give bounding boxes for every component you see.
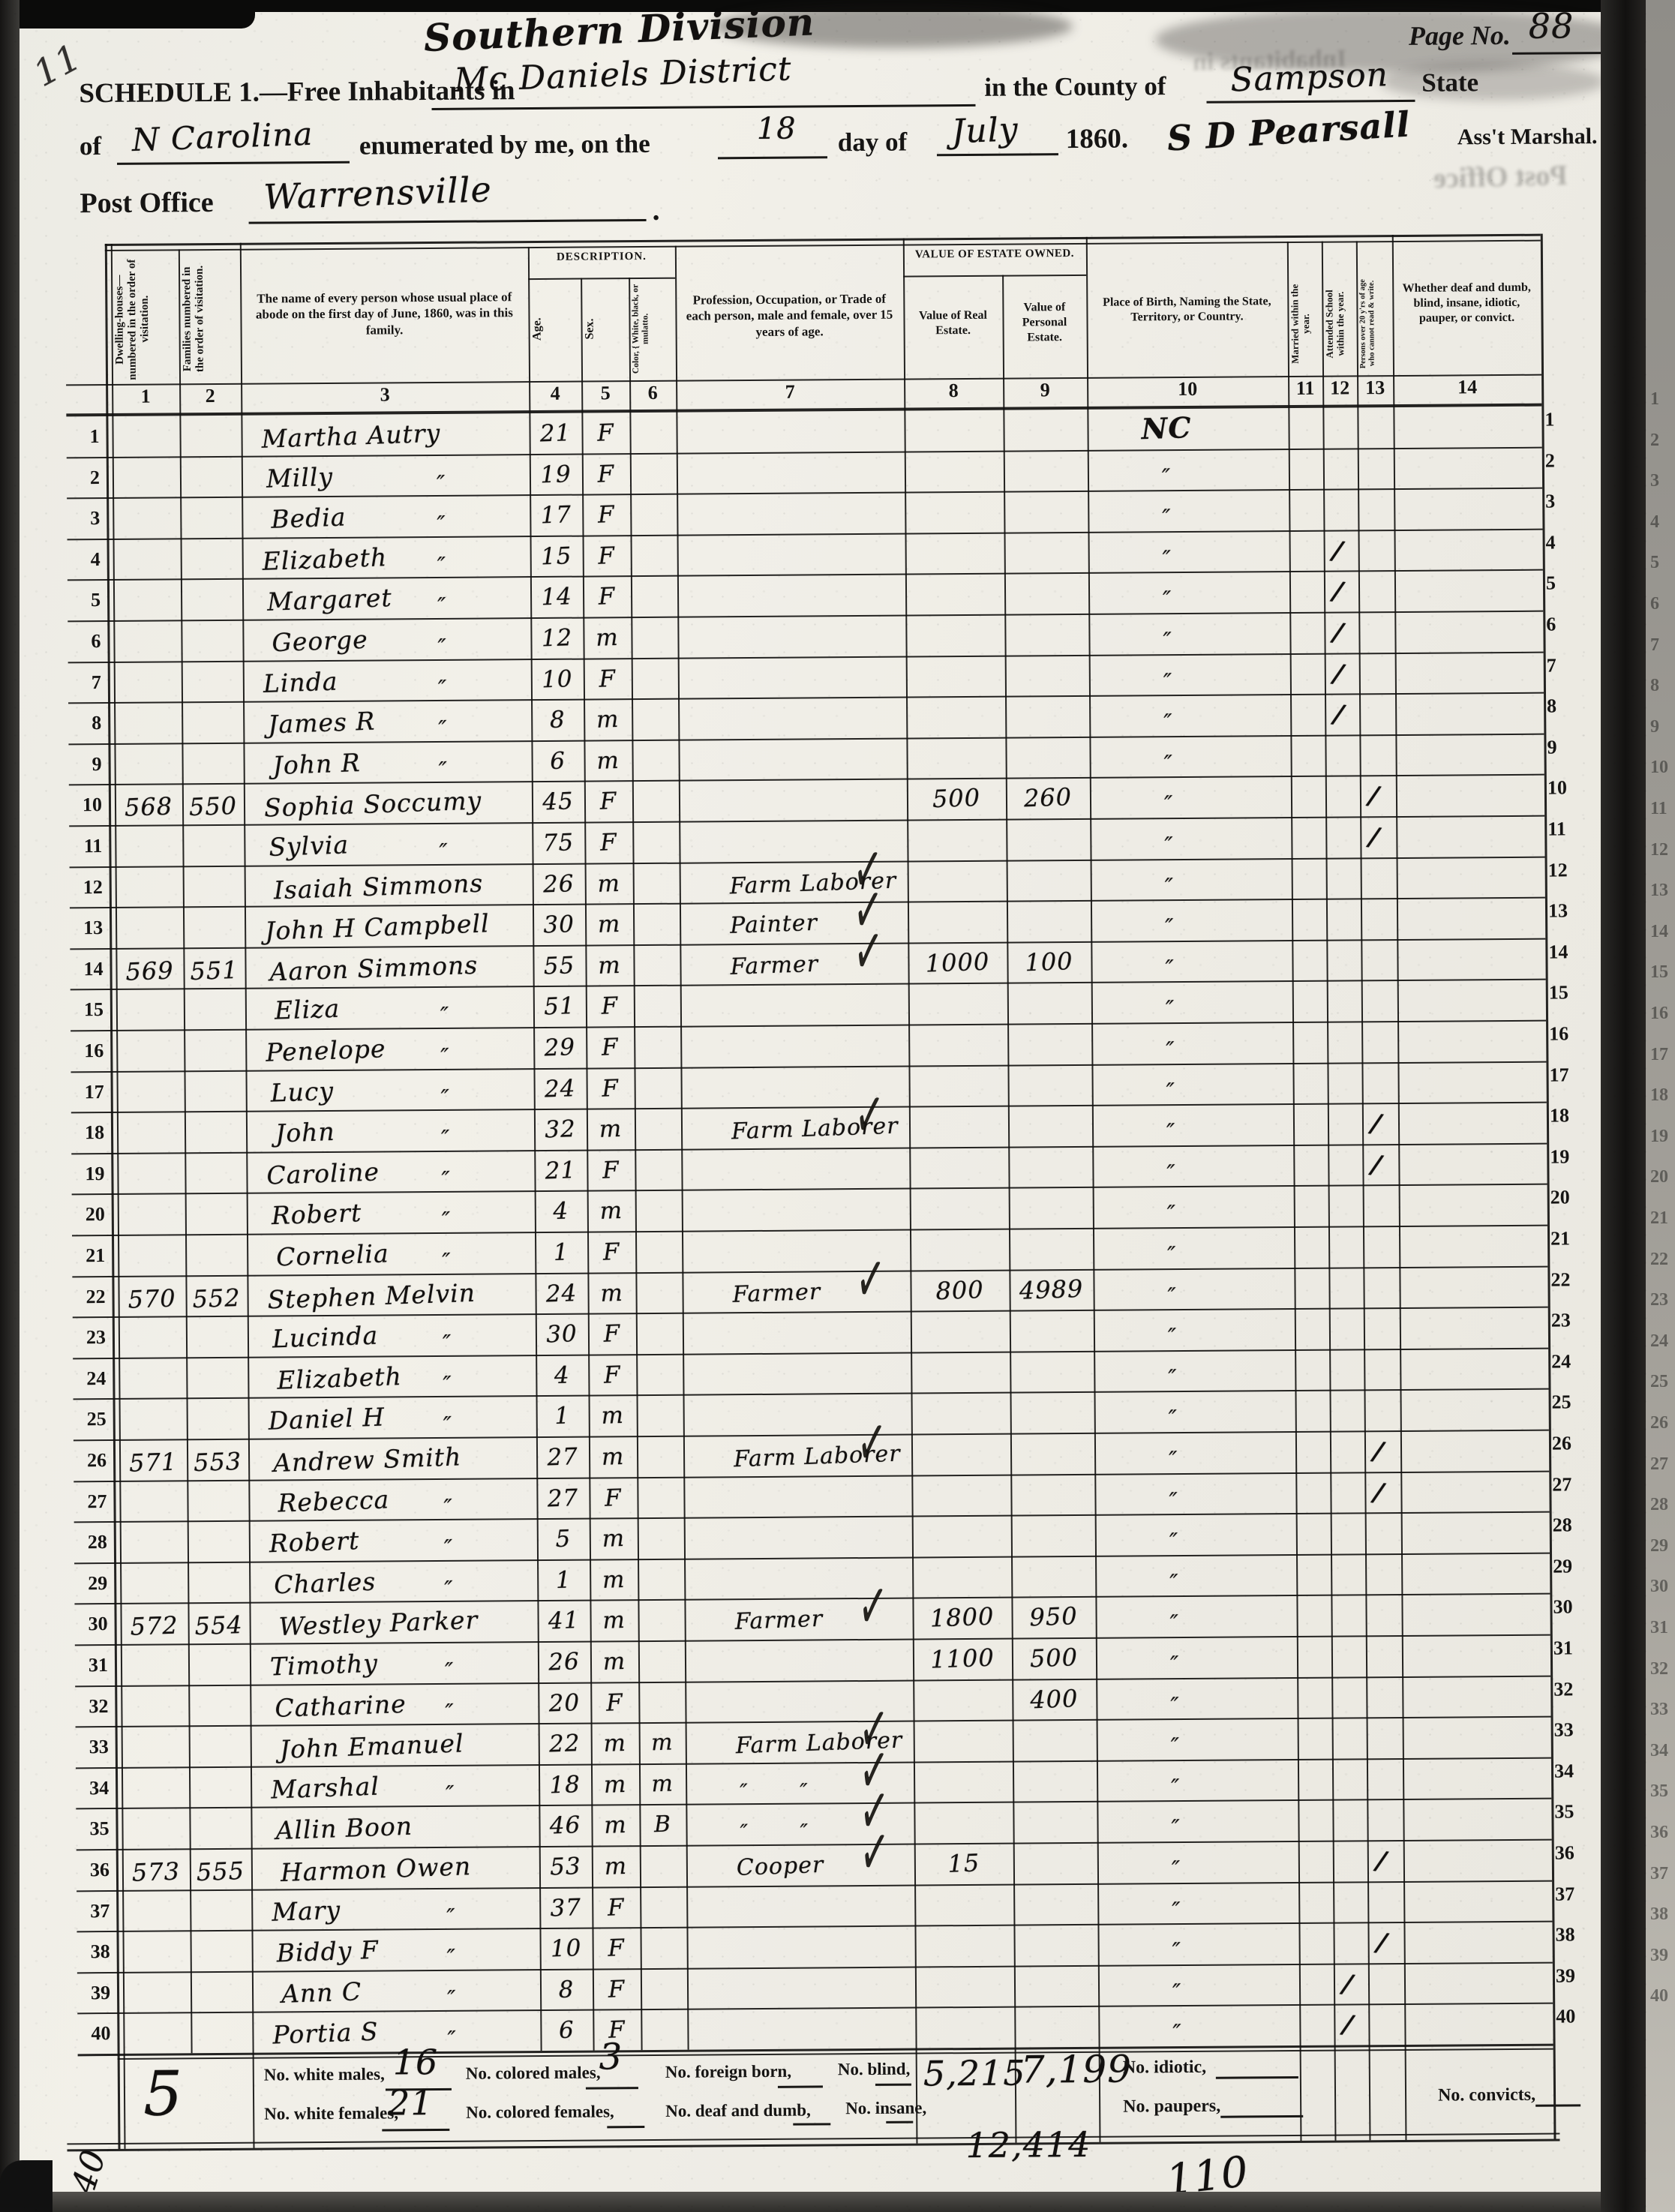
cell-sex: F xyxy=(585,992,634,1021)
group-header-estate: VALUE OF ESTATE OWNED. xyxy=(903,248,1086,262)
row-number-right: 26 xyxy=(1552,1432,1595,1454)
illiterate-tick-icon: / xyxy=(1371,1436,1385,1466)
cell-age: 1 xyxy=(535,1238,588,1267)
cell-name: Penelope xyxy=(266,1034,386,1067)
cell-sex: F xyxy=(582,583,631,611)
next-page-ghost-number: 5 xyxy=(1650,553,1659,573)
cell-name-ditto: ″ xyxy=(441,1126,450,1152)
row-number-left: 16 xyxy=(71,1040,104,1062)
cell-occupation: Farmer xyxy=(732,1278,821,1307)
column-header-9: Value of Personal Estate. xyxy=(1007,300,1082,370)
deaf-dumb-line xyxy=(793,2123,830,2125)
cell-sex: m xyxy=(590,1565,638,1594)
deaf-dumb-label: No. deaf and dumb, xyxy=(665,2101,811,2121)
birthplace-ditto-mark: ″ xyxy=(1169,1447,1178,1473)
cell-name-ditto: ″ xyxy=(437,512,446,538)
cell-name: Catharine xyxy=(275,1688,407,1722)
column-number-10: 10 xyxy=(1087,377,1288,401)
illiterate-tick-icon: / xyxy=(1367,822,1382,853)
cell-sex: m xyxy=(589,1524,638,1553)
cell-dwelling: 573 xyxy=(125,1856,187,1887)
cell-name: James R xyxy=(268,707,376,740)
cell-real-estate: 500 xyxy=(906,782,1006,815)
row-number-right: 20 xyxy=(1550,1187,1594,1209)
cell-name-ditto: ″ xyxy=(446,1904,455,1930)
blind-label: No. blind, xyxy=(838,2060,911,2080)
paupers-label: No. paupers, xyxy=(1123,2096,1220,2117)
cell-sex: m xyxy=(590,1647,638,1676)
birthplace-ditto-mark: ″ xyxy=(1166,1037,1175,1064)
cell-age: 1 xyxy=(537,1565,590,1594)
cell-age: 37 xyxy=(539,1893,593,1922)
cell-sex: m xyxy=(587,1197,635,1226)
birthplace-ditto-mark: ″ xyxy=(1163,628,1172,654)
row-number-right: 17 xyxy=(1549,1064,1592,1086)
next-page-ghost-number: 33 xyxy=(1650,1700,1668,1720)
column-number-3: 3 xyxy=(241,383,529,407)
illiterate-tick-icon: / xyxy=(1367,781,1381,812)
cell-name: Charles xyxy=(274,1566,377,1599)
cell-name-ditto: ″ xyxy=(443,1331,452,1357)
cell-name-ditto: ″ xyxy=(443,1412,452,1439)
cell-name: Robert xyxy=(269,1526,360,1558)
row-number-right: 21 xyxy=(1550,1227,1594,1250)
cell-sex: F xyxy=(592,1893,641,1922)
cell-age: 27 xyxy=(536,1443,589,1472)
cell-age: 5 xyxy=(536,1525,590,1553)
row-number-right: 9 xyxy=(1547,736,1590,758)
cell-age: 18 xyxy=(539,1770,592,1799)
cell-sex: F xyxy=(590,1688,639,1717)
cell-name: Eliza xyxy=(274,994,341,1025)
cell-name: Ann C xyxy=(281,1976,362,2009)
cell-real-estate: 1000 xyxy=(908,947,1007,979)
next-page-ghost-number: 15 xyxy=(1650,962,1668,983)
cell-occupation-ditto: ″ xyxy=(740,1820,749,1844)
next-page-ghost-number: 13 xyxy=(1650,881,1668,901)
cell-name-ditto: ″ xyxy=(440,1044,449,1070)
column-header-4: Age. xyxy=(530,281,579,377)
cell-sex: F xyxy=(582,542,631,570)
birthplace-ditto-mark: ″ xyxy=(1165,914,1174,941)
grid-vline xyxy=(1086,237,1101,2142)
occupation-tick-icon: ✓ xyxy=(858,1811,890,1892)
illiterate-tick-icon: / xyxy=(1374,1845,1388,1876)
occupation-tick-icon: ✓ xyxy=(857,1565,889,1647)
census-table: DESCRIPTION.VALUE OF ESTATE OWNED.Dwelli… xyxy=(0,0,1675,2212)
cell-name: Isaiah Simmons xyxy=(273,868,484,905)
illiterate-tick-icon: / xyxy=(1375,1928,1389,1958)
birthplace-ditto-mark: ″ xyxy=(1163,669,1172,695)
insane-label: No. insane, xyxy=(845,2098,926,2118)
occupation-tick-icon: ✓ xyxy=(854,1238,887,1319)
cell-name-ditto: ″ xyxy=(445,1699,454,1725)
birthplace-ditto-mark: ″ xyxy=(1167,1283,1176,1310)
next-page-ghost-number: 29 xyxy=(1650,1536,1668,1556)
next-page-ghost-number: 17 xyxy=(1650,1045,1668,1065)
row-number-left: 17 xyxy=(71,1081,104,1103)
row-number-right: 5 xyxy=(1546,572,1589,595)
birthplace-ditto-mark: ″ xyxy=(1169,1488,1178,1514)
cell-sex: m xyxy=(590,1729,639,1757)
cell-age: 10 xyxy=(539,1934,593,1963)
cell-name: John xyxy=(275,1117,335,1148)
cell-name-ditto: ″ xyxy=(438,716,447,743)
grid-vline xyxy=(1392,235,1407,2140)
row-number-right: 29 xyxy=(1553,1555,1596,1577)
scan-bottom-band xyxy=(0,2192,1675,2212)
cell-sex: m xyxy=(583,623,632,652)
row-number-left: 39 xyxy=(77,1982,110,2004)
cell-sex: F xyxy=(592,1975,641,2003)
cell-name: Portia S xyxy=(272,2017,379,2050)
next-page-ghost-number: 6 xyxy=(1650,594,1659,614)
cell-age: 55 xyxy=(533,951,586,980)
next-page-ghost-number: 27 xyxy=(1650,1454,1668,1475)
row-number-right: 31 xyxy=(1553,1637,1597,1659)
cell-name: John H Campbell xyxy=(265,908,491,945)
scan-top-left-blob xyxy=(0,0,255,29)
next-page-ghost-number: 35 xyxy=(1650,1781,1668,1802)
next-page-ghost-number: 25 xyxy=(1650,1372,1668,1392)
cell-name: John R xyxy=(272,748,361,780)
next-page-ghost-number: 34 xyxy=(1650,1741,1668,1761)
column-header-12: Attended School within the year. xyxy=(1324,275,1355,371)
row-number-left: 25 xyxy=(74,1408,107,1430)
next-page-ghost-number: 1 xyxy=(1650,389,1659,410)
illiterate-tick-icon: / xyxy=(1370,1149,1384,1180)
birthplace-ditto-mark: ″ xyxy=(1171,1775,1180,1801)
birthplace-ditto-mark: ″ xyxy=(1165,874,1174,900)
cell-name: Martha Autry xyxy=(261,419,441,454)
birthplace-ditto-mark: ″ xyxy=(1172,1898,1181,1924)
row-number-right: 15 xyxy=(1549,982,1592,1004)
cell-age: 27 xyxy=(536,1484,590,1512)
cell-dwelling: 570 xyxy=(121,1283,183,1314)
birthplace-ditto-mark: ″ xyxy=(1167,1242,1176,1268)
column-header-10: Place of Birth, Naming the State, Territ… xyxy=(1091,294,1283,363)
cell-sex: m xyxy=(587,1279,636,1307)
column-number-5: 5 xyxy=(581,382,629,404)
row-number-right: 11 xyxy=(1547,818,1591,840)
cell-name-ditto: ″ xyxy=(437,470,446,497)
cell-name: Elizabeth xyxy=(262,542,388,576)
cell-age: 17 xyxy=(530,501,583,530)
cell-age: 24 xyxy=(533,1074,587,1103)
cell-age: 32 xyxy=(533,1115,587,1144)
birthplace-ditto-mark: ″ xyxy=(1171,1733,1180,1760)
cell-age: 15 xyxy=(530,542,583,570)
row-number-right: 18 xyxy=(1550,1104,1593,1127)
row-number-left: 29 xyxy=(74,1572,107,1595)
cell-age: 10 xyxy=(530,665,584,693)
cell-name: Westley Parker xyxy=(278,1605,479,1641)
cell-age: 26 xyxy=(537,1648,590,1676)
colored-males-label: No. colored males, xyxy=(466,2063,601,2083)
next-page-ghost-number: 19 xyxy=(1650,1127,1668,1147)
birthplace-ditto-mark: ″ xyxy=(1168,1365,1177,1391)
cell-name: Caroline xyxy=(266,1157,380,1190)
cell-name: Cornelia xyxy=(276,1238,390,1271)
foreign-born-line xyxy=(778,2085,823,2087)
cell-age: 21 xyxy=(534,1156,587,1184)
birthplace-ditto-mark: ″ xyxy=(1170,1610,1179,1637)
cell-name: Andrew Smith xyxy=(272,1442,461,1478)
cell-age: 19 xyxy=(529,460,582,488)
next-page-ghost-number: 10 xyxy=(1650,758,1668,778)
school-tick-icon: / xyxy=(1340,1969,1355,2000)
cell-name-ditto: ″ xyxy=(443,1372,452,1398)
row-number-left: 3 xyxy=(67,507,100,530)
cell-sex: m xyxy=(591,1770,640,1799)
next-page-ghost-number: 22 xyxy=(1650,1250,1668,1270)
real-estate-total: 5,215 xyxy=(923,2053,1026,2094)
cell-real-estate: 15 xyxy=(914,1847,1013,1880)
cell-name-ditto: ″ xyxy=(446,1781,455,1808)
next-page-ghost-number: 2 xyxy=(1650,431,1659,451)
birthplace-ditto-mark: ″ xyxy=(1168,1324,1177,1350)
cell-name: Timothy xyxy=(269,1649,378,1682)
cell-sex: m xyxy=(591,1852,640,1880)
row-number-left: 4 xyxy=(68,548,101,571)
cell-color: m xyxy=(638,1729,686,1757)
row-number-left: 26 xyxy=(74,1449,107,1472)
birthplace-ditto-mark: ″ xyxy=(1170,1693,1179,1719)
cell-age: 6 xyxy=(540,2016,593,2045)
cell-age: 30 xyxy=(535,1320,588,1349)
cell-sex: F xyxy=(589,1484,638,1512)
cell-age: 29 xyxy=(533,1034,587,1062)
cell-name-ditto: ″ xyxy=(442,1249,451,1275)
cell-sex: m xyxy=(591,1811,640,1840)
personal-estate-total: 7,199 xyxy=(1021,2048,1133,2092)
footer-tally-mark: 5 xyxy=(143,2058,184,2129)
cell-personal-estate: 500 xyxy=(1011,1642,1096,1673)
cell-sex: m xyxy=(584,705,632,734)
row-number-right: 3 xyxy=(1545,490,1589,512)
row-number-right: 33 xyxy=(1554,1718,1598,1741)
row-number-left: 37 xyxy=(77,1900,110,1922)
row-number-right: 8 xyxy=(1547,695,1590,717)
row-number-left: 9 xyxy=(69,753,102,776)
next-page-ghost-number: 14 xyxy=(1650,922,1668,942)
cell-sex: m xyxy=(585,910,634,938)
birthplace-ditto-mark: ″ xyxy=(1164,791,1173,818)
column-header-7: Profession, Occupation, or Trade of each… xyxy=(680,291,899,371)
row-number-right: 28 xyxy=(1553,1514,1596,1536)
white-males-value: 16 xyxy=(393,2042,439,2082)
birthplace-ditto-mark: ″ xyxy=(1172,1938,1181,1964)
row-number-right: 7 xyxy=(1547,654,1590,677)
binding-shadow-strip xyxy=(1601,0,1646,2212)
cell-color: m xyxy=(639,1770,686,1798)
row-number-right: 38 xyxy=(1555,1923,1598,1946)
next-page-ghost-number: 7 xyxy=(1650,635,1659,656)
cell-age: 1 xyxy=(536,1402,589,1430)
row-number-left: 19 xyxy=(71,1163,104,1185)
column-number-8: 8 xyxy=(904,380,1003,403)
column-header-13: Persons over 20 y'rs of age who cannot r… xyxy=(1358,275,1391,371)
birthplace-ditto-mark: ″ xyxy=(1164,751,1173,777)
grid-vline xyxy=(1322,242,1337,2141)
next-page-ghost-number: 20 xyxy=(1650,1167,1668,1187)
school-tick-icon: / xyxy=(1341,2009,1355,2040)
cell-personal-estate: 4989 xyxy=(1009,1274,1094,1305)
row-number-left: 11 xyxy=(69,835,102,857)
column-number-12: 12 xyxy=(1322,377,1357,399)
cell-name-ditto: ″ xyxy=(439,839,448,866)
birthplace-ditto-mark: ″ xyxy=(1165,956,1174,982)
cell-personal-estate: 100 xyxy=(1007,946,1091,977)
cell-name: Milly xyxy=(266,461,333,493)
next-page-ghost-number: 39 xyxy=(1650,1946,1668,1966)
school-tick-icon: / xyxy=(1331,658,1346,689)
cell-name-ditto: ″ xyxy=(447,2027,456,2053)
row-number-right: 4 xyxy=(1545,531,1589,554)
cell-sex: F xyxy=(586,1033,635,1061)
next-page-ghost-number: 18 xyxy=(1650,1085,1668,1106)
column-header-3: The name of every person whose usual pla… xyxy=(245,289,524,374)
column-number-14: 14 xyxy=(1393,376,1541,399)
row-number-left: 21 xyxy=(72,1244,105,1267)
white-males-label: No. white males, xyxy=(264,2064,385,2084)
birthplace-ditto-mark: ″ xyxy=(1172,2020,1181,2046)
birthplace-ditto-mark: ″ xyxy=(1162,464,1171,491)
cell-occupation-ditto: ″ xyxy=(740,1779,749,1804)
cell-age: 12 xyxy=(530,624,584,653)
row-number-right: 19 xyxy=(1550,1145,1593,1168)
column-header-2: Families numbered in the order of visita… xyxy=(181,258,239,380)
column-number-2: 2 xyxy=(179,385,241,408)
birthplace-ditto-mark: ″ xyxy=(1172,1979,1181,2006)
cell-occupation: Farmer xyxy=(730,951,819,980)
birthplace-ditto-mark: ″ xyxy=(1171,1815,1180,1841)
cell-name-ditto: ″ xyxy=(442,1208,451,1234)
cell-age: 14 xyxy=(530,583,583,611)
birthplace-ditto-mark: ″ xyxy=(1169,1570,1178,1596)
next-page-ghost-number: 3 xyxy=(1650,471,1659,491)
cell-name: Bedia xyxy=(271,503,347,534)
cell-dwelling: 572 xyxy=(123,1611,185,1642)
cell-age: 21 xyxy=(529,419,582,448)
row-number-right: 10 xyxy=(1547,777,1591,800)
cell-name: Biddy F xyxy=(276,1935,379,1968)
row-number-left: 10 xyxy=(69,794,102,816)
cell-sex: F xyxy=(587,1319,636,1348)
cell-name-ditto: ″ xyxy=(437,553,446,579)
row-number-right: 37 xyxy=(1555,1883,1598,1905)
cell-personal-estate: 260 xyxy=(1005,782,1090,814)
school-tick-icon: / xyxy=(1331,536,1345,566)
cell-name: Allin Boon xyxy=(275,1811,413,1845)
cell-age: 4 xyxy=(534,1197,587,1226)
cell-sex: F xyxy=(584,828,633,857)
cell-real-estate: 1100 xyxy=(912,1643,1012,1675)
row-number-left: 24 xyxy=(73,1367,106,1390)
census-scan-page: Southern Division Page No. 88 SCHEDULE 1… xyxy=(0,0,1675,2212)
next-page-ghost-number: 24 xyxy=(1650,1331,1668,1352)
cell-age: 45 xyxy=(531,788,584,816)
cell-sex: m xyxy=(588,1442,637,1471)
grid-vline xyxy=(1356,241,1371,2140)
cell-age: 53 xyxy=(539,1853,592,1881)
idiotic-label: No. idiotic, xyxy=(1123,2057,1207,2078)
row-number-right: 6 xyxy=(1546,613,1589,635)
row-number-left: 36 xyxy=(77,1859,110,1881)
grid-vline xyxy=(179,249,193,2053)
cell-name-ditto: ″ xyxy=(444,1535,453,1562)
column-header-14: Whether deaf and dumb, blind, insane, id… xyxy=(1397,281,1537,371)
next-page-ghost-number: 23 xyxy=(1650,1290,1668,1310)
next-page-edge-strip: 1234567891011121314151617181920212223242… xyxy=(1646,0,1675,2212)
row-number-left: 18 xyxy=(71,1121,104,1144)
foreign-born-label: No. foreign born, xyxy=(665,2062,791,2082)
cell-occupation: Cooper xyxy=(736,1852,824,1881)
cell-age: 4 xyxy=(536,1361,589,1389)
row-number-left: 8 xyxy=(68,712,101,734)
school-tick-icon: / xyxy=(1332,699,1346,730)
cell-sex: m xyxy=(588,1402,637,1430)
row-number-right: 27 xyxy=(1552,1473,1595,1496)
cell-family: 554 xyxy=(189,1610,248,1641)
cell-name: John Emanuel xyxy=(279,1728,464,1764)
cell-occupation: Farmer xyxy=(734,1606,824,1635)
convicts-label: No. convicts, xyxy=(1438,2085,1535,2106)
birthplace-ditto-mark: ″ xyxy=(1169,1406,1178,1432)
row-number-right: 14 xyxy=(1548,941,1592,963)
cell-sex: m xyxy=(585,951,634,980)
cell-age: 26 xyxy=(532,869,585,898)
grid-hline xyxy=(68,2139,1560,2152)
next-page-ghost-number: 11 xyxy=(1650,799,1667,819)
row-number-left: 35 xyxy=(76,1817,109,1840)
cell-name: Robert xyxy=(271,1198,362,1230)
cell-age: 22 xyxy=(538,1730,591,1758)
cell-age: 24 xyxy=(535,1279,588,1307)
cell-sex: F xyxy=(587,1156,635,1184)
colored-males-value: 3 xyxy=(599,2036,623,2078)
grid-hline xyxy=(528,278,675,280)
birthplace-ditto-mark: ″ xyxy=(1163,587,1172,613)
cell-name-ditto: ″ xyxy=(437,635,446,661)
birthplace-ditto-mark: ″ xyxy=(1166,996,1175,1022)
combined-total: 12,414 xyxy=(965,2124,1091,2165)
row-number-right: 1 xyxy=(1544,408,1588,431)
birthplace-ditto-mark: ″ xyxy=(1167,1201,1176,1227)
insane-line xyxy=(886,2121,913,2123)
cell-birthplace: NC xyxy=(1141,410,1193,446)
cell-name-ditto: ″ xyxy=(441,1085,450,1111)
cell-name-ditto: ″ xyxy=(440,1003,449,1029)
white-females-label: No. white females, xyxy=(264,2103,398,2123)
cell-age: 20 xyxy=(538,1688,591,1717)
paper-sheet: Southern Division Page No. 88 SCHEDULE 1… xyxy=(0,0,1675,2212)
header-smudge xyxy=(1380,63,1605,101)
cell-name: Elizabeth xyxy=(277,1361,403,1395)
cell-occupation-ditto: ″ xyxy=(800,1820,809,1844)
row-number-left: 13 xyxy=(70,917,103,939)
birthplace-ditto-mark: ″ xyxy=(1164,833,1173,859)
convicts-line xyxy=(1535,2104,1580,2106)
next-page-ghost-number: 28 xyxy=(1650,1495,1668,1515)
row-number-left: 33 xyxy=(76,1736,109,1758)
birthplace-ditto-mark: ″ xyxy=(1169,1529,1178,1555)
cell-family: 550 xyxy=(183,791,242,822)
school-tick-icon: / xyxy=(1331,576,1345,607)
row-number-right: 23 xyxy=(1551,1309,1595,1331)
cell-family: 553 xyxy=(188,1447,247,1478)
cell-name: Sylvia xyxy=(269,830,350,862)
